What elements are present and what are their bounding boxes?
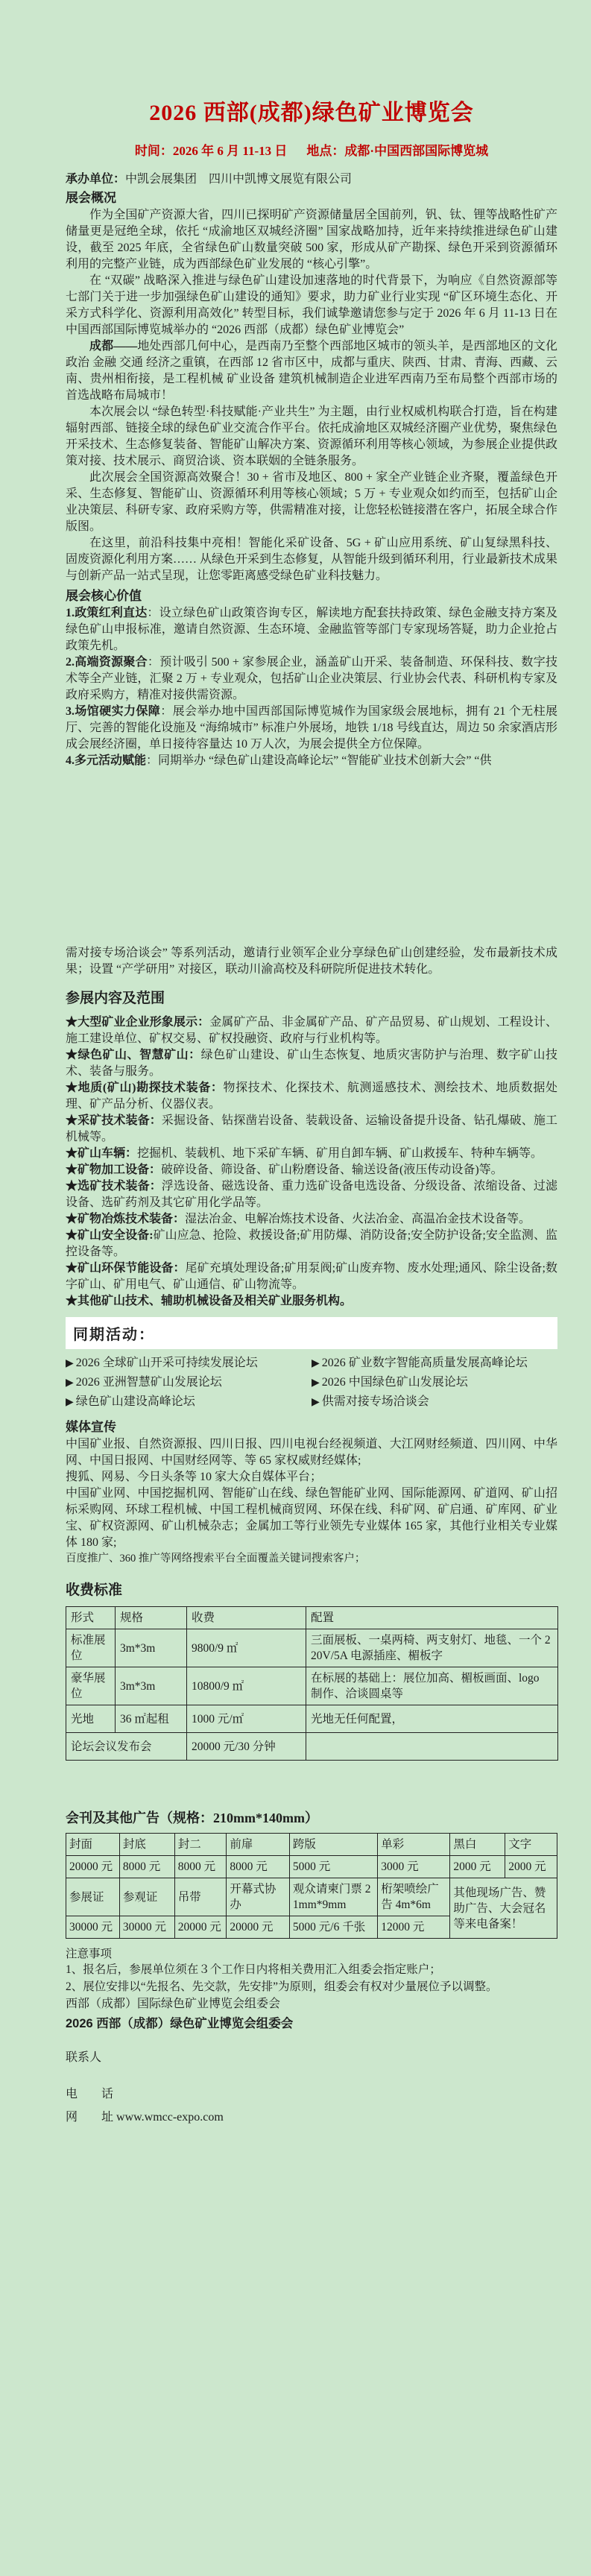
notes-heading: 注意事项 xyxy=(66,1945,557,1961)
arrow-bullet-icon: ▶ xyxy=(312,1358,320,1369)
fee-col-config: 配置 xyxy=(306,1607,558,1629)
event-item: ▶绿色矿山建设高峰论坛 xyxy=(66,1394,312,1411)
paragraph-lead: 成都—— xyxy=(89,340,137,353)
scope-item: ★地质(矿山)勘探技术装备：物探技术、化探技术、航测遥感技术、测绘技术、地质数据… xyxy=(66,1080,557,1113)
time-place-line: 时间：2026 年 6 月 11-13 日地点：成都·中国西部国际博览城 xyxy=(66,140,557,159)
event-item: ▶2026 中国绿色矿山发展论坛 xyxy=(312,1374,557,1392)
paragraph-text: 在 “双碳” 战略深入推进与绿色矿山建设加速落地的时代背景下，为响应《自然资源部… xyxy=(66,274,557,336)
ad-price: 8000 元 xyxy=(174,1856,227,1878)
scope-item-text: 破碎设备、筛设备、矿山粉磨设备、输送设备(液压传动设备)等。 xyxy=(161,1164,503,1176)
scope-item-text: 挖掘机、装载机、地下采矿车辆、矿用自卸车辆、矿山救援车、特种车辆等。 xyxy=(137,1147,543,1160)
note-item: 2、展位安排以“先报名、先交款，先安排”为原则，组委会有权对少量展位予以调整。 xyxy=(66,1978,557,1995)
ad-item: 开幕式协办 xyxy=(227,1878,289,1916)
ad-pos: 黑白 xyxy=(450,1834,505,1856)
ad-pos: 前扉 xyxy=(227,1834,289,1856)
scope-item-label: ★其他矿山技术、辅助机械设备及相关矿业服务机构。 xyxy=(66,1295,352,1307)
paragraph-text: 作为全国矿产资源大省，四川已探明矿产资源储量居全国前列，钒、钛、锂等战略性矿产储… xyxy=(66,209,557,271)
notes-list: 1、报名后，参展单位须在３个工作日内将相关费用汇入组委会指定账户； 2、展位安排… xyxy=(66,1961,557,1995)
organizer-label: 承办单位： xyxy=(66,173,125,186)
committee-line-1: 西部（成都）国际绿色矿业博览会组委会 xyxy=(66,1995,557,2013)
overview-paragraph: 本次展会以 “绿色转型·科技赋能·产业共生” 为主题，由行业权威机构联合打造，旨… xyxy=(66,404,557,470)
event-item-label: 2026 亚洲智慧矿山发展论坛 xyxy=(76,1376,222,1389)
section-middle: 需对接专场洽谈会” 等系列活动，邀请行业领军企业分享绿色矿山创建经验，发布最新技… xyxy=(66,945,557,1761)
ad-item: 桁架喷绘广告 4m*6m xyxy=(378,1878,450,1916)
fee-cell-form: 光地 xyxy=(66,1705,116,1733)
scope-item: ★矿山车辆：挖掘机、装载机、地下采矿车辆、矿用自卸车辆、矿山救援车、特种车辆等。 xyxy=(66,1146,557,1162)
scope-list: ★大型矿业企业形象展示：金属矿产品、非金属矿产品、矿产品贸易、矿山规划、工程设计… xyxy=(66,1014,557,1310)
scope-item: ★其他矿山技术、辅助机械设备及相关矿业服务机构。 xyxy=(66,1293,557,1310)
core-value-item: 1.政策红利直达：设立绿色矿山政策咨询专区，解读地方配套扶持政策、绿色金融支持方… xyxy=(66,605,557,654)
fee-cell-config: 光地无任何配置， xyxy=(306,1705,558,1733)
website-link[interactable]: www.wmcc-expo.com xyxy=(116,2111,224,2124)
scope-item-label: ★采矿技术装备： xyxy=(66,1114,162,1127)
media-heading: 媒体宣传 xyxy=(66,1418,557,1436)
scope-item-label: ★矿物冶炼技术装备： xyxy=(66,1213,185,1225)
ad-item-price: 20000 元 xyxy=(174,1916,227,1939)
ad-pos: 封二 xyxy=(174,1834,227,1856)
organizer-value: 中凯会展集团 四川中凯博文展览有限公司 xyxy=(125,173,352,186)
fee-heading: 收费标准 xyxy=(66,1579,557,1599)
media-line: 搜狐、网易、今日头条等 10 家大众自媒体平台； xyxy=(66,1469,557,1486)
fee-cell-price: 9800/9 ㎡ xyxy=(187,1629,306,1667)
overview-paragraph: 在这里，前沿科技集中亮相！智能化采矿设备、5G + 矿山应用系统、矿山复绿黑科技… xyxy=(66,535,557,584)
contact-block: 联系人 电 话 网 址 www.wmcc-expo.com xyxy=(66,2048,557,2124)
expo-place: 地点：成都·中国西部国际博览城 xyxy=(306,144,488,158)
fee-cell-forum-config xyxy=(306,1733,558,1761)
event-item-label: 2026 全球矿山开采可持续发展论坛 xyxy=(76,1357,258,1369)
ad-price: 8000 元 xyxy=(119,1856,174,1878)
event-item-label: 2026 矿业数字智能高质量发展高峰论坛 xyxy=(322,1357,528,1369)
overview-paragraph: 在 “双碳” 战略深入推进与绿色矿山建设加速落地的时代背景下，为响应《自然资源部… xyxy=(66,273,557,338)
ad-pos: 文字 xyxy=(505,1834,557,1856)
overview-paragraph: 成都——地处西部几何中心，是西南乃至整个西部地区城市的领头羊，是西部地区的文化 … xyxy=(66,338,557,404)
ad-item: 参观证 xyxy=(119,1878,174,1916)
concurrent-events-band: 同期活动： xyxy=(66,1317,557,1349)
ad-pos: 跨版 xyxy=(289,1834,377,1856)
organizer-line: 承办单位：中凯会展集团 四川中凯博文展览有限公司 xyxy=(66,169,557,186)
ad-item-price: 30000 元 xyxy=(66,1916,120,1939)
core-value-item: 3.场馆硬实力保障：展会举办地中国西部国际博览城作为国家级会展地标，拥有 21 … xyxy=(66,704,557,753)
event-item: ▶2026 亚洲智慧矿山发展论坛 xyxy=(66,1374,312,1392)
scope-item-text: 湿法冶金、电解冶炼技术设备、火法冶金、高温冶金技术设备等。 xyxy=(185,1213,531,1225)
scope-item: ★矿物冶炼技术装备：湿法冶金、电解冶炼技术设备、火法冶金、高温冶金技术设备等。 xyxy=(66,1211,557,1228)
scope-heading: 参展内容及范围 xyxy=(66,987,557,1007)
arrow-bullet-icon: ▶ xyxy=(66,1358,74,1369)
core-values-heading: 展会核心价值 xyxy=(66,587,557,605)
fee-cell-config: 三面展板、一桌两椅、两支射灯、地毯、一个 220V/5A 电源插座、楣板字 xyxy=(306,1629,558,1667)
fee-cell-form: 标准展位 xyxy=(66,1629,116,1667)
ad-pos: 封面 xyxy=(66,1834,120,1856)
ad-heading: 会刊及其他广告（规格：210mm*140mm） xyxy=(66,1808,557,1827)
scope-item-label: ★绿色矿山、智慧矿山： xyxy=(66,1049,201,1061)
event-item-label: 绿色矿山建设高峰论坛 xyxy=(76,1395,195,1408)
scope-item: ★矿物加工设备：破碎设备、筛设备、矿山粉磨设备、输送设备(液压传动设备)等。 xyxy=(66,1162,557,1178)
ad-positions-row: 封面 封底 封二 前扉 跨版 单彩 黑白 文字 xyxy=(66,1834,557,1856)
ad-items-row: 参展证 参观证 吊带 开幕式协办 观众请柬门票 21mm*9mm 桁架喷绘广告 … xyxy=(66,1878,557,1916)
fee-cell-config: 在标展的基础上：展位加高、楣板画面、logo 制作、洽谈圆桌等 xyxy=(306,1667,558,1705)
media-search-line: 百度推广、360 推广等网络搜索平台全面覆盖关键词搜索客户； xyxy=(66,1551,557,1567)
fee-col-price: 收费 xyxy=(187,1607,306,1629)
contact-web-row: 网 址 www.wmcc-expo.com xyxy=(66,2107,557,2124)
section-bottom: 会刊及其他广告（规格：210mm*140mm） 封面 封底 封二 前扉 跨版 单… xyxy=(66,1808,557,2124)
ad-item: 吊带 xyxy=(174,1878,227,1916)
fee-cell-price: 1000 元/㎡ xyxy=(187,1705,306,1733)
event-item: ▶供需对接专场洽谈会 xyxy=(312,1394,557,1411)
scope-item: ★选矿技术装备：浮选设备、磁选设备、重力选矿设备电选设备、分级设备、浓缩设备、过… xyxy=(66,1178,557,1211)
paragraph-text: 此次展会全国资源高效聚合！30 + 省市及地区、800 + 家全产业链企业齐聚，… xyxy=(66,471,557,533)
scope-item-label: ★地质(矿山)勘探技术装备： xyxy=(66,1082,224,1094)
fee-row-standard: 标准展位 3m*3m 9800/9 ㎡ 三面展板、一桌两椅、两支射灯、地毯、一个… xyxy=(66,1629,558,1667)
continuation-paragraph: 需对接专场洽谈会” 等系列活动，邀请行业领军企业分享绿色矿山创建经验，发布最新技… xyxy=(66,945,557,978)
scope-item-label: ★选矿技术装备： xyxy=(66,1180,162,1193)
event-item-label: 2026 中国绿色矿山发展论坛 xyxy=(322,1376,468,1389)
ad-price: 8000 元 xyxy=(227,1856,289,1878)
media-lines: 中国矿业报、自然资源报、四川日报、四川电视台经视频道、大江网财经频道、四川网、中… xyxy=(66,1436,557,1551)
contact-web-label: 网 址 xyxy=(66,2111,113,2124)
event-item-label: 供需对接专场洽谈会 xyxy=(322,1395,429,1408)
expo-brochure-page: 2026 西部(成都)绿色矿业博览会 时间：2026 年 6 月 11-13 日… xyxy=(0,0,591,2576)
ad-prices-row: 20000 元 8000 元 8000 元 8000 元 5000 元 3000… xyxy=(66,1856,557,1878)
event-item: ▶2026 全球矿山开采可持续发展论坛 xyxy=(66,1355,312,1372)
ad-item-price: 30000 元 xyxy=(119,1916,174,1939)
ad-pos: 封底 xyxy=(119,1834,174,1856)
note-item: 1、报名后，参展单位须在３个工作日内将相关费用汇入组委会指定账户； xyxy=(66,1961,557,1978)
contact-phone-label: 电 话 xyxy=(66,2084,557,2101)
committee-line-2: 2026 西部（成都）绿色矿业博览会组委会 xyxy=(66,2015,557,2033)
page-title: 2026 西部(成都)绿色矿业博览会 xyxy=(66,94,557,127)
arrow-bullet-icon: ▶ xyxy=(312,1397,320,1408)
scope-item: ★大型矿业企业形象展示：金属矿产品、非金属矿产品、矿产品贸易、矿山规划、工程设计… xyxy=(66,1014,557,1047)
scope-item-label: ★矿物加工设备： xyxy=(66,1164,161,1176)
fee-cell-forum-price: 20000 元/30 分钟 xyxy=(187,1733,306,1761)
overview-paragraph: 作为全国矿产资源大省，四川已探明矿产资源储量居全国前列，钒、钛、锂等战略性矿产储… xyxy=(66,207,557,273)
ad-price: 2000 元 xyxy=(450,1856,505,1878)
scope-item: ★矿山环保节能设备：尾矿充填处理设备;矿用泵阀;矿山废弃物、废水处理;通风、除尘… xyxy=(66,1260,557,1293)
media-line: 中国矿业报、自然资源报、四川日报、四川电视台经视频道、大江网财经频道、四川网、中… xyxy=(66,1436,557,1469)
core-value-label: 2.高端资源聚合 xyxy=(66,656,148,669)
ad-table: 封面 封底 封二 前扉 跨版 单彩 黑白 文字 20000 元 8000 元 8… xyxy=(66,1833,557,1939)
ad-item-price: 5000 元/6 千张 xyxy=(289,1916,377,1939)
core-value-item: 4.多元活动赋能：同期举办 “绿色矿山建设高峰论坛” “智能矿业技术创新大会” … xyxy=(66,753,557,769)
ad-item-other: 其他现场广告、赞助广告、大会冠名等来电备案！ xyxy=(450,1878,557,1939)
scope-item: ★绿色矿山、智慧矿山：绿色矿山建设、矿山生态恢复、地质灾害防护与治理、数字矿山技… xyxy=(66,1047,557,1080)
ad-price: 3000 元 xyxy=(378,1856,450,1878)
paragraph-text: 在这里，前沿科技集中亮相！智能化采矿设备、5G + 矿山应用系统、矿山复绿黑科技… xyxy=(66,537,557,582)
fee-cell-forum-label: 论坛会议发布会 xyxy=(66,1733,187,1761)
ad-item: 观众请柬门票 21mm*9mm xyxy=(289,1878,377,1916)
fee-cell-price: 10800/9 ㎡ xyxy=(187,1667,306,1705)
ad-price: 20000 元 xyxy=(66,1856,120,1878)
expo-time: 时间：2026 年 6 月 11-13 日 xyxy=(135,144,287,158)
fee-table-header-row: 形式 规格 收费 配置 xyxy=(66,1607,558,1629)
scope-item-label: ★大型矿业企业形象展示： xyxy=(66,1016,209,1029)
core-value-item: 2.高端资源聚合：预计吸引 500 + 家参展企业，涵盖矿山开采、装备制造、环保… xyxy=(66,654,557,704)
overview-paragraph: 此次展会全国资源高效聚合！30 + 省市及地区、800 + 家全产业链企业齐聚，… xyxy=(66,470,557,535)
media-line: 中国矿业网、中国挖掘机网、智能矿山在线、绿色智能矿业网、国际能源网、矿道网、矿山… xyxy=(66,1486,557,1551)
event-item: ▶2026 矿业数字智能高质量发展高峰论坛 xyxy=(312,1355,557,1372)
core-values-list: 1.政策红利直达：设立绿色矿山政策咨询专区，解读地方配套扶持政策、绿色金融支持方… xyxy=(66,605,557,769)
arrow-bullet-icon: ▶ xyxy=(312,1377,320,1389)
core-value-label: 3.场馆硬实力保障 xyxy=(66,705,160,718)
ad-price: 2000 元 xyxy=(505,1856,557,1878)
core-value-text: ：同期举办 “绿色矿山建设高峰论坛” “智能矿业技术创新大会” “供 xyxy=(146,754,492,767)
scope-item: ★矿山安全设备:矿山应急、抢险、救援设备;矿用防爆、消防设备;安全防护设备;安全… xyxy=(66,1228,557,1260)
fee-cell-spec: 3m*3m xyxy=(116,1629,187,1667)
fee-row-deluxe: 豪华展位 3m*3m 10800/9 ㎡ 在标展的基础上：展位加高、楣板画面、l… xyxy=(66,1667,558,1705)
paragraph-text: 地处西部几何中心，是西南乃至整个西部地区城市的领头羊，是西部地区的文化 政治 金… xyxy=(66,340,557,402)
ad-price: 5000 元 xyxy=(289,1856,377,1878)
fee-table: 形式 规格 收费 配置 标准展位 3m*3m 9800/9 ㎡ 三面展板、一桌两… xyxy=(66,1606,558,1761)
section-top: 2026 西部(成都)绿色矿业博览会 时间：2026 年 6 月 11-13 日… xyxy=(66,94,557,769)
arrow-bullet-icon: ▶ xyxy=(66,1377,74,1389)
overview-heading: 展会概况 xyxy=(66,189,557,207)
contact-person-label: 联系人 xyxy=(66,2048,557,2065)
fee-cell-spec: 3m*3m xyxy=(116,1667,187,1705)
core-value-label: 4.多元活动赋能 xyxy=(66,754,146,767)
fee-cell-spec: 36 ㎡起租 xyxy=(116,1705,187,1733)
arrow-bullet-icon: ▶ xyxy=(66,1397,74,1408)
scope-item-label: ★矿山环保节能设备： xyxy=(66,1262,186,1275)
scope-item-label: ★矿山车辆： xyxy=(66,1147,137,1160)
overview-paragraphs: 作为全国矿产资源大省，四川已探明矿产资源储量居全国前列，钒、钛、锂等战略性矿产储… xyxy=(66,207,557,584)
core-value-label: 1.政策红利直达 xyxy=(66,607,147,619)
ad-item: 参展证 xyxy=(66,1878,120,1916)
events-list: ▶2026 全球矿山开采可持续发展论坛 ▶2026 矿业数字智能高质量发展高峰论… xyxy=(66,1355,557,1411)
fee-cell-form: 豪华展位 xyxy=(66,1667,116,1705)
concurrent-events-heading: 同期活动： xyxy=(73,1327,155,1343)
fee-col-form: 形式 xyxy=(66,1607,116,1629)
ad-item-price: 20000 元 xyxy=(227,1916,289,1939)
fee-row-forum: 论坛会议发布会 20000 元/30 分钟 xyxy=(66,1733,558,1761)
fee-row-rawspace: 光地 36 ㎡起租 1000 元/㎡ 光地无任何配置， xyxy=(66,1705,558,1733)
scope-item-label: ★矿山安全设备: xyxy=(66,1229,154,1242)
ad-item-price: 12000 元 xyxy=(378,1916,450,1939)
scope-item: ★采矿技术装备：采掘设备、钻探凿岩设备、装载设备、运输设备提升设备、钻孔爆破、施… xyxy=(66,1113,557,1146)
paragraph-text: 本次展会以 “绿色转型·科技赋能·产业共生” 为主题，由行业权威机构联合打造，旨… xyxy=(66,405,557,467)
fee-col-spec: 规格 xyxy=(116,1607,187,1629)
ad-pos: 单彩 xyxy=(378,1834,450,1856)
